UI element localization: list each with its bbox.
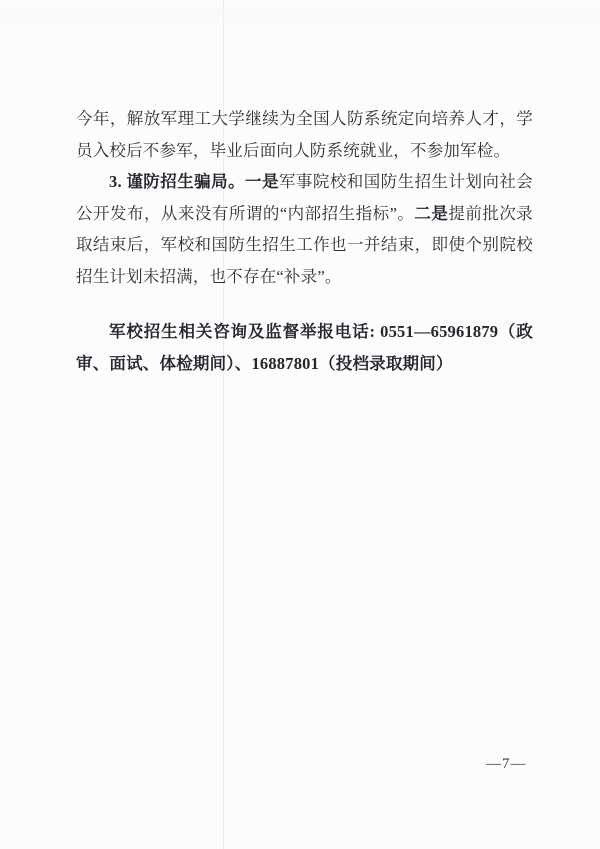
paragraph-continued: 今年，解放军理工大学继续为全国人防系统定向培养人才，学员入校后不参军，毕业后面向… xyxy=(76,103,533,166)
document-page: 今年，解放军理工大学继续为全国人防系统定向培养人才，学员入校后不参军，毕业后面向… xyxy=(0,0,600,849)
emphasis-run-second: 二是 xyxy=(414,204,448,223)
item-3-heading: 3. 谨防招生骗局。 xyxy=(109,172,245,191)
document-body: 今年，解放军理工大学继续为全国人防系统定向培养人才，学员入校后不参军，毕业后面向… xyxy=(76,103,533,379)
text-run: 今年，解放军理工大学继续为全国人防系统定向培养人才，学员入校后不参军，毕业后面向… xyxy=(76,109,533,160)
page-number: —7— xyxy=(486,756,527,773)
scan-noise-artifact xyxy=(0,8,600,30)
paragraph-contact: 军校招生相关咨询及监督举报电话: 0551—65961879（政审、面试、体检期… xyxy=(76,316,533,379)
paragraph-item-3: 3. 谨防招生骗局。一是军事院校和国防生招生计划向社会公开发布，从来没有所谓的“… xyxy=(76,166,533,292)
emphasis-run-first: 一是 xyxy=(245,172,279,191)
contact-phone-text: 军校招生相关咨询及监督举报电话: 0551—65961879（政审、面试、体检期… xyxy=(76,322,533,373)
